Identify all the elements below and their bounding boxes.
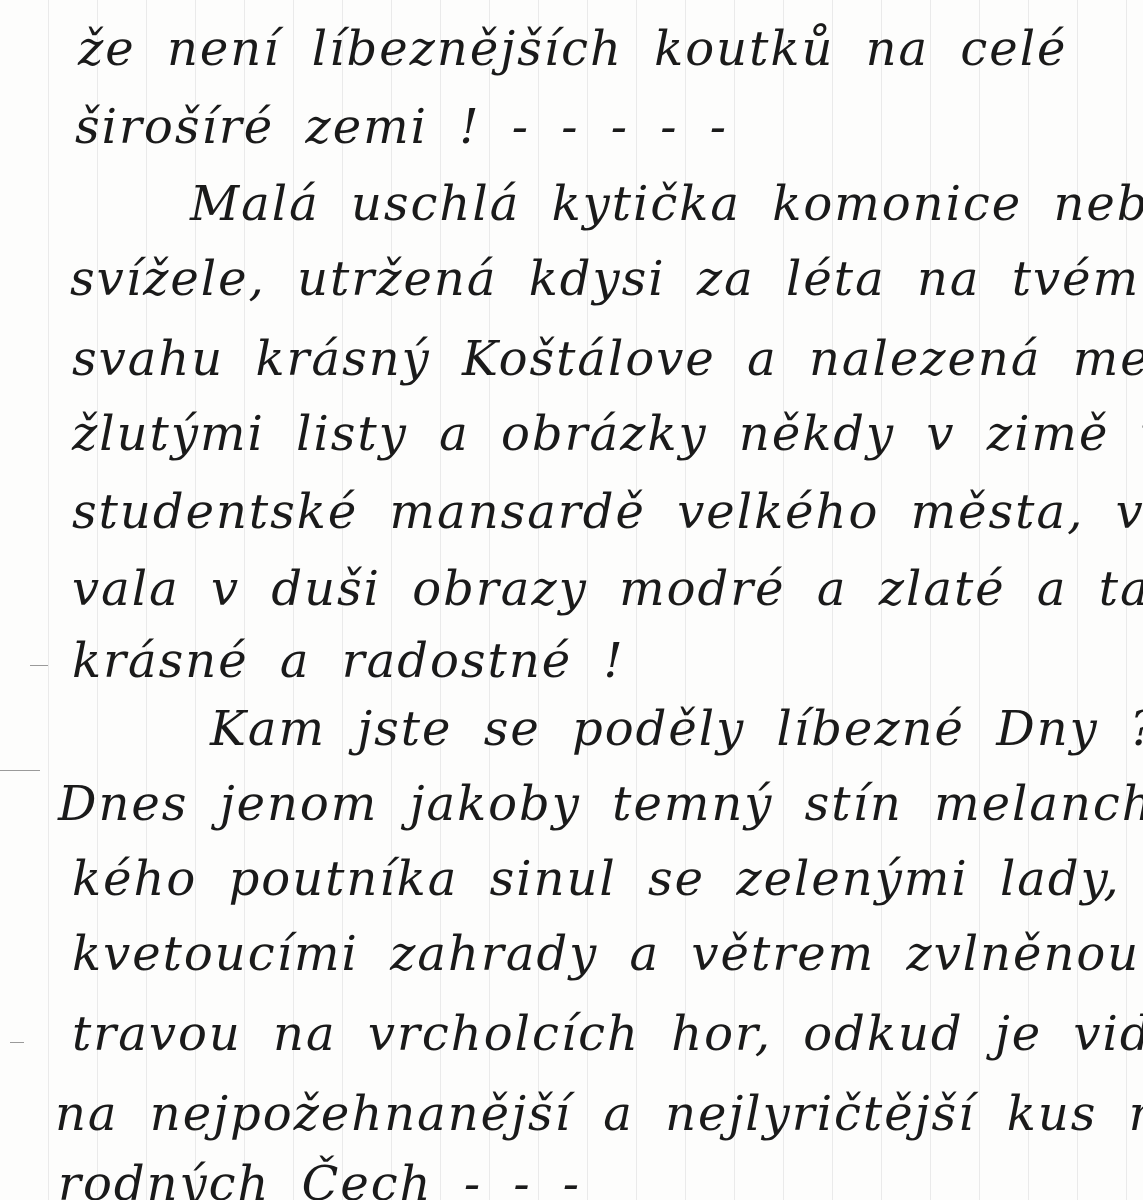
text-line-11: Dnes jenom jakoby temný stín melancholic… xyxy=(58,780,1143,828)
text-line-14: travou na vrcholcích hor, odkud je vidět… xyxy=(72,1010,1143,1058)
text-line-16: rodných Čech - - - xyxy=(58,1160,581,1200)
margin-mark xyxy=(0,770,40,771)
text-line-9: krásné a radostné ! xyxy=(72,637,625,685)
text-line-8: vala v duši obrazy modré a zlaté a tak s… xyxy=(72,565,1143,613)
text-line-15: na nejpožehnanější a nejlyričtější kus n… xyxy=(55,1090,1143,1138)
margin-mark xyxy=(10,1042,24,1043)
text-line-13: kvetoucími zahrady a větrem zvlněnou xyxy=(72,930,1140,978)
text-line-10: Kam jste se poděly líbezné Dny ? xyxy=(210,705,1143,753)
handwritten-text-block: že není líbeznějších koutků na celé širo… xyxy=(0,0,1143,1200)
text-line-5: svahu krásný Koštálove a nalezená mezi xyxy=(72,335,1143,383)
text-line-2: širošíré zemi ! - - - - - xyxy=(75,103,728,151)
text-line-4: svížele, utržená kdysi za léta na tvém xyxy=(70,255,1140,303)
text-line-7: studentské mansardě velkého města, vyvol… xyxy=(72,488,1143,536)
text-line-3: Malá uschlá kytička komonice nebo xyxy=(190,180,1143,228)
text-line-6: žlutými listy a obrázky někdy v zimě ve xyxy=(72,410,1143,458)
text-line-12: kého poutníka sinul se zelenými lady, xyxy=(72,855,1121,903)
margin-mark xyxy=(30,665,48,666)
text-line-1: že není líbeznějších koutků na celé xyxy=(78,25,1067,73)
manuscript-page: že není líbeznějších koutků na celé širo… xyxy=(0,0,1143,1200)
